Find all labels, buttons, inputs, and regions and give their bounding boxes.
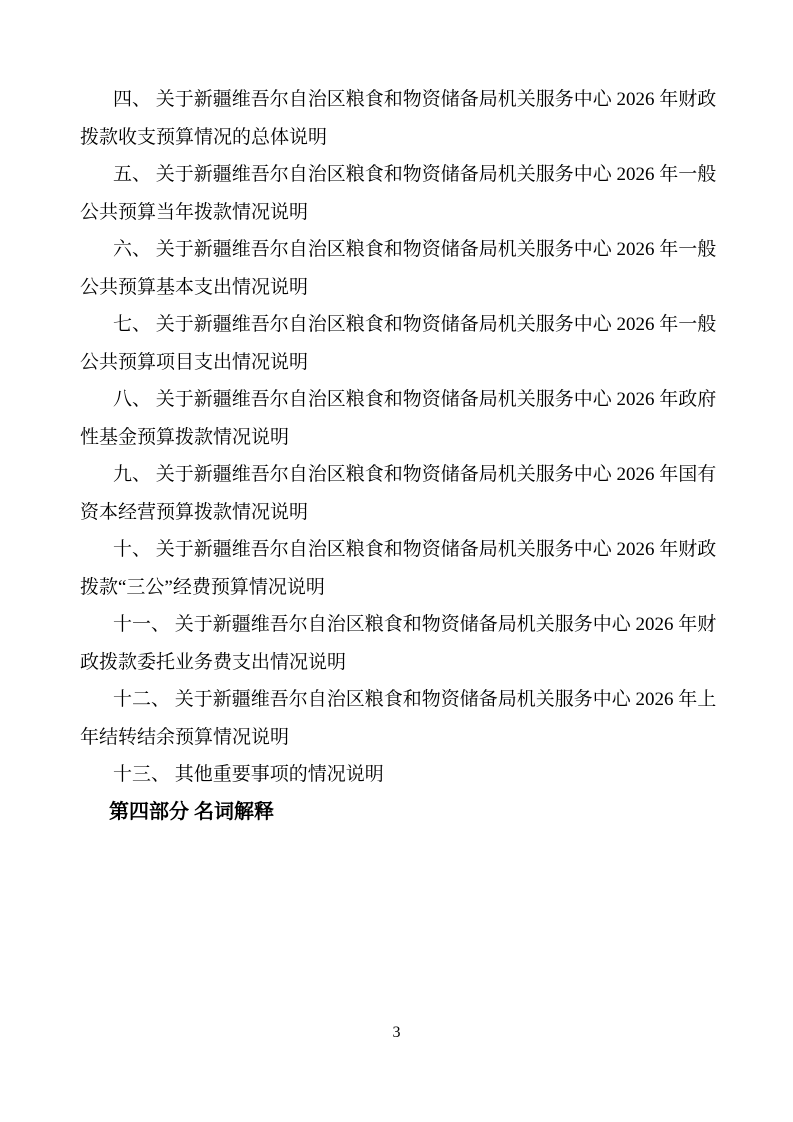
toc-item: 四、 关于新疆维吾尔自治区粮食和物资储备局机关服务中心 2026 年财政 拨款收… [80, 81, 720, 156]
page-footer: 3 [0, 1022, 793, 1044]
page-number: 3 [393, 1024, 401, 1041]
toc-item-line1: 十二、 关于新疆维吾尔自治区粮食和物资储备局机关服务中心 2026 年上 [80, 681, 720, 719]
toc-item-line1: 九、 关于新疆维吾尔自治区粮食和物资储备局机关服务中心 2026 年国有 [80, 456, 720, 494]
toc-item-line2: 年结转结余预算情况说明 [80, 719, 720, 757]
toc-item-line2: 公共预算当年拨款情况说明 [80, 194, 720, 232]
toc-item: 八、 关于新疆维吾尔自治区粮食和物资储备局机关服务中心 2026 年政府 性基金… [80, 381, 720, 456]
document-page: 四、 关于新疆维吾尔自治区粮食和物资储备局机关服务中心 2026 年财政 拨款收… [0, 0, 793, 1122]
toc-item-line1: 十三、 其他重要事项的情况说明 [80, 756, 720, 794]
section-heading: 第四部分 名词解释 [80, 794, 720, 832]
toc-item-line1: 五、 关于新疆维吾尔自治区粮食和物资储备局机关服务中心 2026 年一般 [80, 156, 720, 194]
toc-item-line1: 四、 关于新疆维吾尔自治区粮食和物资储备局机关服务中心 2026 年财政 [80, 81, 720, 119]
toc-item-line1: 七、 关于新疆维吾尔自治区粮食和物资储备局机关服务中心 2026 年一般 [80, 306, 720, 344]
toc-item-line2: 政拨款委托业务费支出情况说明 [80, 644, 720, 682]
toc-item: 十一、 关于新疆维吾尔自治区粮食和物资储备局机关服务中心 2026 年财 政拨款… [80, 606, 720, 681]
toc-item-line2: 公共预算基本支出情况说明 [80, 269, 720, 307]
toc-item-line2: 资本经营预算拨款情况说明 [80, 494, 720, 532]
toc-item: 十、 关于新疆维吾尔自治区粮食和物资储备局机关服务中心 2026 年财政 拨款“… [80, 531, 720, 606]
toc-item-last: 十三、 其他重要事项的情况说明 [80, 756, 720, 794]
toc-item-line1: 六、 关于新疆维吾尔自治区粮食和物资储备局机关服务中心 2026 年一般 [80, 231, 720, 269]
toc-item-line1: 十、 关于新疆维吾尔自治区粮食和物资储备局机关服务中心 2026 年财政 [80, 531, 720, 569]
toc-item-line2: 拨款收支预算情况的总体说明 [80, 119, 720, 157]
toc-item: 五、 关于新疆维吾尔自治区粮食和物资储备局机关服务中心 2026 年一般 公共预… [80, 156, 720, 231]
toc-section: 四、 关于新疆维吾尔自治区粮食和物资储备局机关服务中心 2026 年财政 拨款收… [80, 81, 720, 831]
toc-item: 十二、 关于新疆维吾尔自治区粮食和物资储备局机关服务中心 2026 年上 年结转… [80, 681, 720, 756]
toc-item-line2: 拨款“三公”经费预算情况说明 [80, 569, 720, 607]
toc-item-line1: 八、 关于新疆维吾尔自治区粮食和物资储备局机关服务中心 2026 年政府 [80, 381, 720, 419]
toc-item: 六、 关于新疆维吾尔自治区粮食和物资储备局机关服务中心 2026 年一般 公共预… [80, 231, 720, 306]
toc-item-line1: 十一、 关于新疆维吾尔自治区粮食和物资储备局机关服务中心 2026 年财 [80, 606, 720, 644]
toc-item-line2: 性基金预算拨款情况说明 [80, 419, 720, 457]
toc-item-line2: 公共预算项目支出情况说明 [80, 344, 720, 382]
toc-item: 七、 关于新疆维吾尔自治区粮食和物资储备局机关服务中心 2026 年一般 公共预… [80, 306, 720, 381]
toc-item: 九、 关于新疆维吾尔自治区粮食和物资储备局机关服务中心 2026 年国有 资本经… [80, 456, 720, 531]
